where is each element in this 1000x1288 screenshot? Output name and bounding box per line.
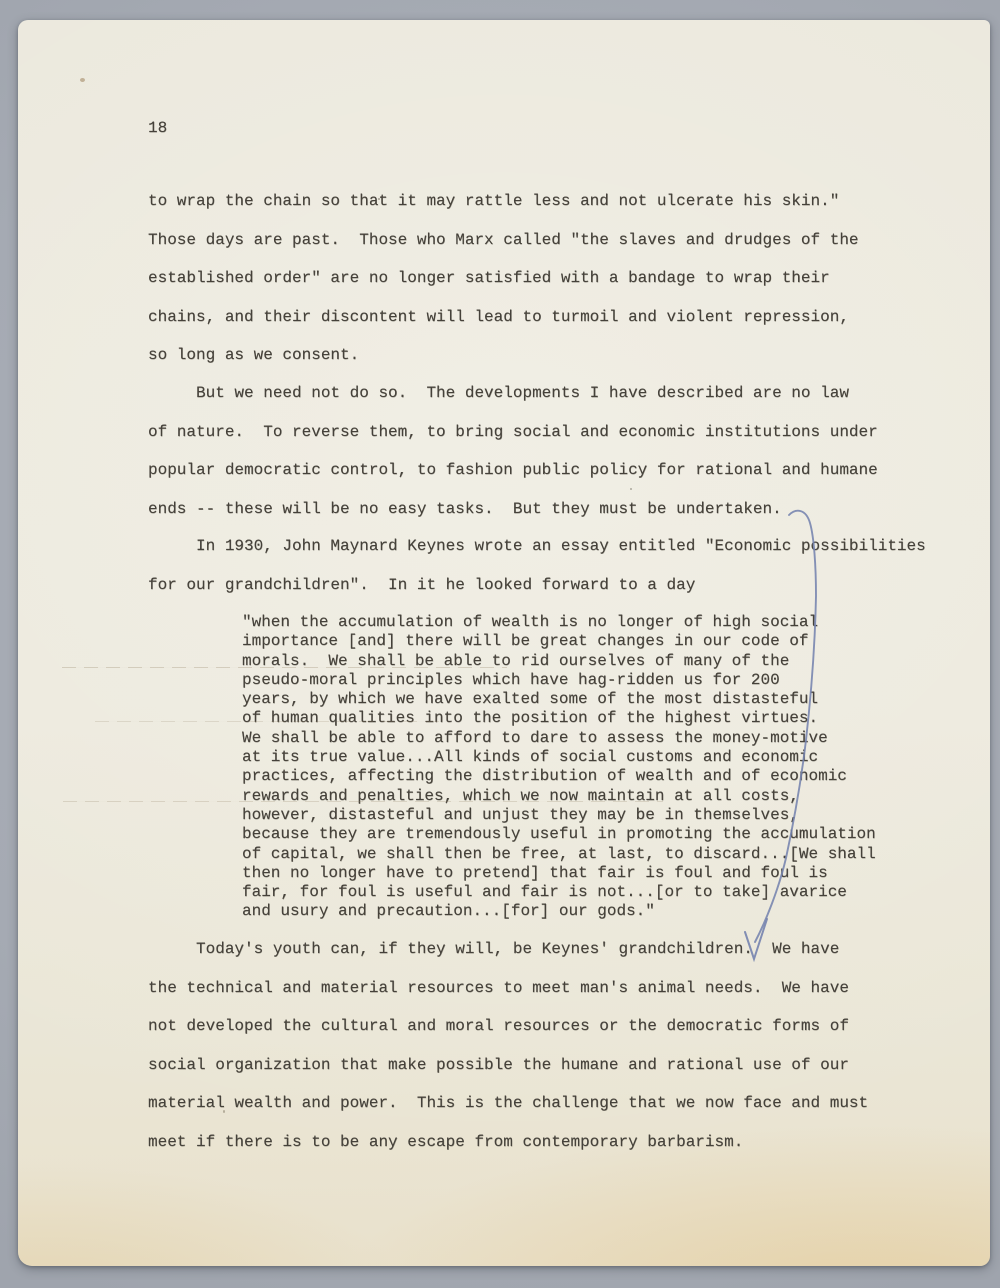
paper-speck	[630, 488, 632, 490]
paragraph-2: But we need not do so. The developments …	[148, 374, 878, 528]
paragraph-1: to wrap the chain so that it may rattle …	[148, 182, 859, 375]
block-quote: "when the accumulation of wealth is no l…	[242, 613, 876, 922]
faint-strikethrough-line-2	[95, 720, 448, 722]
page-number: 18	[148, 118, 167, 138]
faint-strikethrough-line-1	[62, 666, 507, 668]
paragraph-3: In 1930, John Maynard Keynes wrote an es…	[148, 527, 926, 604]
paragraph-4: Today's youth can, if they will, be Keyn…	[148, 930, 868, 1161]
document-page: 18 to wrap the chain so that it may ratt…	[18, 20, 990, 1266]
paper-speck	[378, 198, 380, 200]
scan-background: { "document": { "page_number": "18", "pa…	[0, 0, 1000, 1288]
paper-speck	[80, 78, 85, 82]
paper-speck	[223, 1110, 225, 1113]
faint-strikethrough-line-3	[63, 800, 663, 802]
